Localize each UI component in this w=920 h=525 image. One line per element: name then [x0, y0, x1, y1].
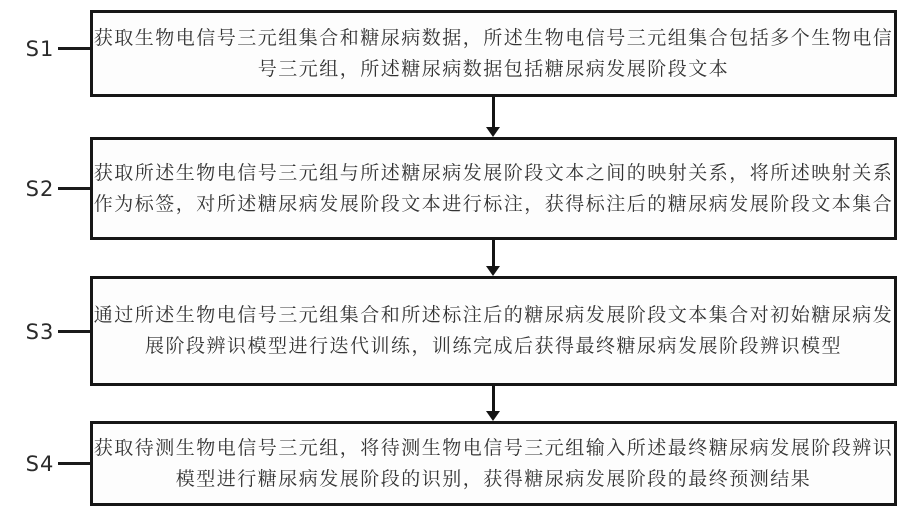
- step-box-s2: 获取所述生物电信号三元组与所述糖尿病发展阶段文本之间的映射关系，将所述映射关系 …: [90, 137, 897, 240]
- flow-arrow-down-1: [485, 97, 501, 137]
- step-s1-text-line-1: 获取生物电信号三元组集合和糖尿病数据，所述生物电信号三元组集合包括多个生物电信: [94, 23, 894, 54]
- arrow-head-icon: [486, 266, 500, 276]
- step-connector-s4: [58, 462, 91, 465]
- arrow-shaft: [492, 240, 495, 267]
- step-connector-s3: [58, 330, 91, 333]
- step-s3-text-line-2: 展阶段辨识模型进行迭代训练，训练完成后获得最终糖尿病发展阶段辨识模型: [145, 331, 842, 362]
- arrow-head-icon: [486, 411, 500, 421]
- step-label-s3: S3: [18, 320, 62, 344]
- flow-arrow-down-3: [485, 386, 501, 421]
- step-s1-text-line-2: 号三元组，所述糖尿病数据包括糖尿病发展阶段文本: [258, 54, 730, 85]
- step-label-s4: S4: [18, 452, 62, 476]
- step-s4-text-line-1: 获取待测生物电信号三元组，将待测生物电信号三元组输入所述最终糖尿病发展阶段辨识: [94, 433, 894, 464]
- flow-arrow-down-2: [485, 240, 501, 276]
- step-box-s1: 获取生物电信号三元组集合和糖尿病数据，所述生物电信号三元组集合包括多个生物电信 …: [90, 10, 897, 97]
- step-connector-s2: [58, 187, 91, 190]
- arrow-shaft: [492, 386, 495, 412]
- step-connector-s1: [58, 47, 91, 50]
- step-box-s3: 通过所述生物电信号三元组集合和所述标注后的糖尿病发展阶段文本集合对初始糖尿病发 …: [90, 276, 897, 386]
- step-label-s2: S2: [18, 177, 62, 201]
- step-box-s4: 获取待测生物电信号三元组，将待测生物电信号三元组输入所述最终糖尿病发展阶段辨识 …: [90, 421, 897, 506]
- arrow-shaft: [492, 97, 495, 128]
- step-label-s1: S1: [18, 37, 62, 61]
- step-s3-text-line-1: 通过所述生物电信号三元组集合和所述标注后的糖尿病发展阶段文本集合对初始糖尿病发: [94, 300, 894, 331]
- step-s2-text-line-2: 作为标签，对所述糖尿病发展阶段文本进行标注，获得标注后的糖尿病发展阶段文本集合: [94, 189, 894, 220]
- arrow-head-icon: [486, 127, 500, 137]
- step-s4-text-line-2: 模型进行糖尿病发展阶段的识别，获得糖尿病发展阶段的最终预测结果: [176, 464, 812, 495]
- step-s2-text-line-1: 获取所述生物电信号三元组与所述糖尿病发展阶段文本之间的映射关系，将所述映射关系: [94, 158, 894, 189]
- patent-flowchart: S1 获取生物电信号三元组集合和糖尿病数据，所述生物电信号三元组集合包括多个生物…: [0, 0, 920, 525]
